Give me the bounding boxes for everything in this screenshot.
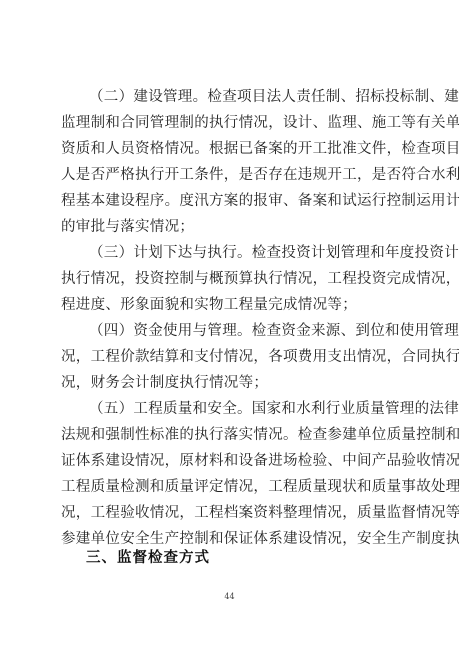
paragraph-quality-safety-line-2: 法规和强制性标准的执行落实情况。检查参建单位质量控制和保 bbox=[61, 424, 398, 446]
paragraph-plan-execution-line-2: 执行情况，投资控制与概预算执行情况，工程投资完成情况，工 bbox=[61, 268, 398, 290]
document-page: （二）建设管理。检查项目法人责任制、招标投标制、建设 监理制和合同管理制的执行情… bbox=[0, 0, 459, 650]
paragraph-quality-safety-line-3: 证体系建设情况，原材料和设备进场检验、中间产品验收情况， bbox=[61, 450, 398, 472]
paragraph-fund-management-line-2: 况，工程价款结算和支付情况，各项费用支出情况，合同执行情 bbox=[61, 346, 398, 368]
paragraph-plan-execution-line-1: （三）计划下达与执行。检查投资计划管理和年度投资计划 bbox=[89, 242, 398, 264]
paragraph-construction-management-line-6: 的审批与落实情况； bbox=[61, 216, 398, 238]
paragraph-construction-management-line-3: 资质和人员资格情况。根据已备案的开工批准文件，检查项目法 bbox=[61, 138, 398, 160]
section-heading: 三、监督检查方式 bbox=[86, 547, 210, 569]
page-number: 44 bbox=[0, 592, 459, 601]
paragraph-fund-management-line-3: 况，财务会计制度执行情况等； bbox=[61, 372, 398, 394]
paragraph-construction-management-line-2: 监理制和合同管理制的执行情况，设计、监理、施工等有关单位 bbox=[61, 112, 398, 134]
paragraph-quality-safety-line-5: 况，工程验收情况，工程档案资料整理情况，质量监督情况等。 bbox=[61, 502, 398, 524]
paragraph-quality-safety-line-1: （五）工程质量和安全。国家和水利行业质量管理的法律、 bbox=[89, 398, 398, 420]
paragraph-fund-management-line-1: （四）资金使用与管理。检查资金来源、到位和使用管理情 bbox=[89, 320, 398, 342]
paragraph-construction-management-line-4: 人是否严格执行开工条件，是否存在违规开工，是否符合水利工 bbox=[61, 164, 398, 186]
paragraph-construction-management-line-5: 程基本建设程序。度汛方案的报审、备案和试运行控制运用计划 bbox=[61, 190, 398, 212]
paragraph-plan-execution-line-3: 程进度、形象面貌和实物工程量完成情况等； bbox=[61, 294, 398, 316]
paragraph-quality-safety-line-4: 工程质量检测和质量评定情况，工程质量现状和质量事故处理情 bbox=[61, 476, 398, 498]
paragraph-construction-management-line-1: （二）建设管理。检查项目法人责任制、招标投标制、建设 bbox=[89, 86, 398, 108]
